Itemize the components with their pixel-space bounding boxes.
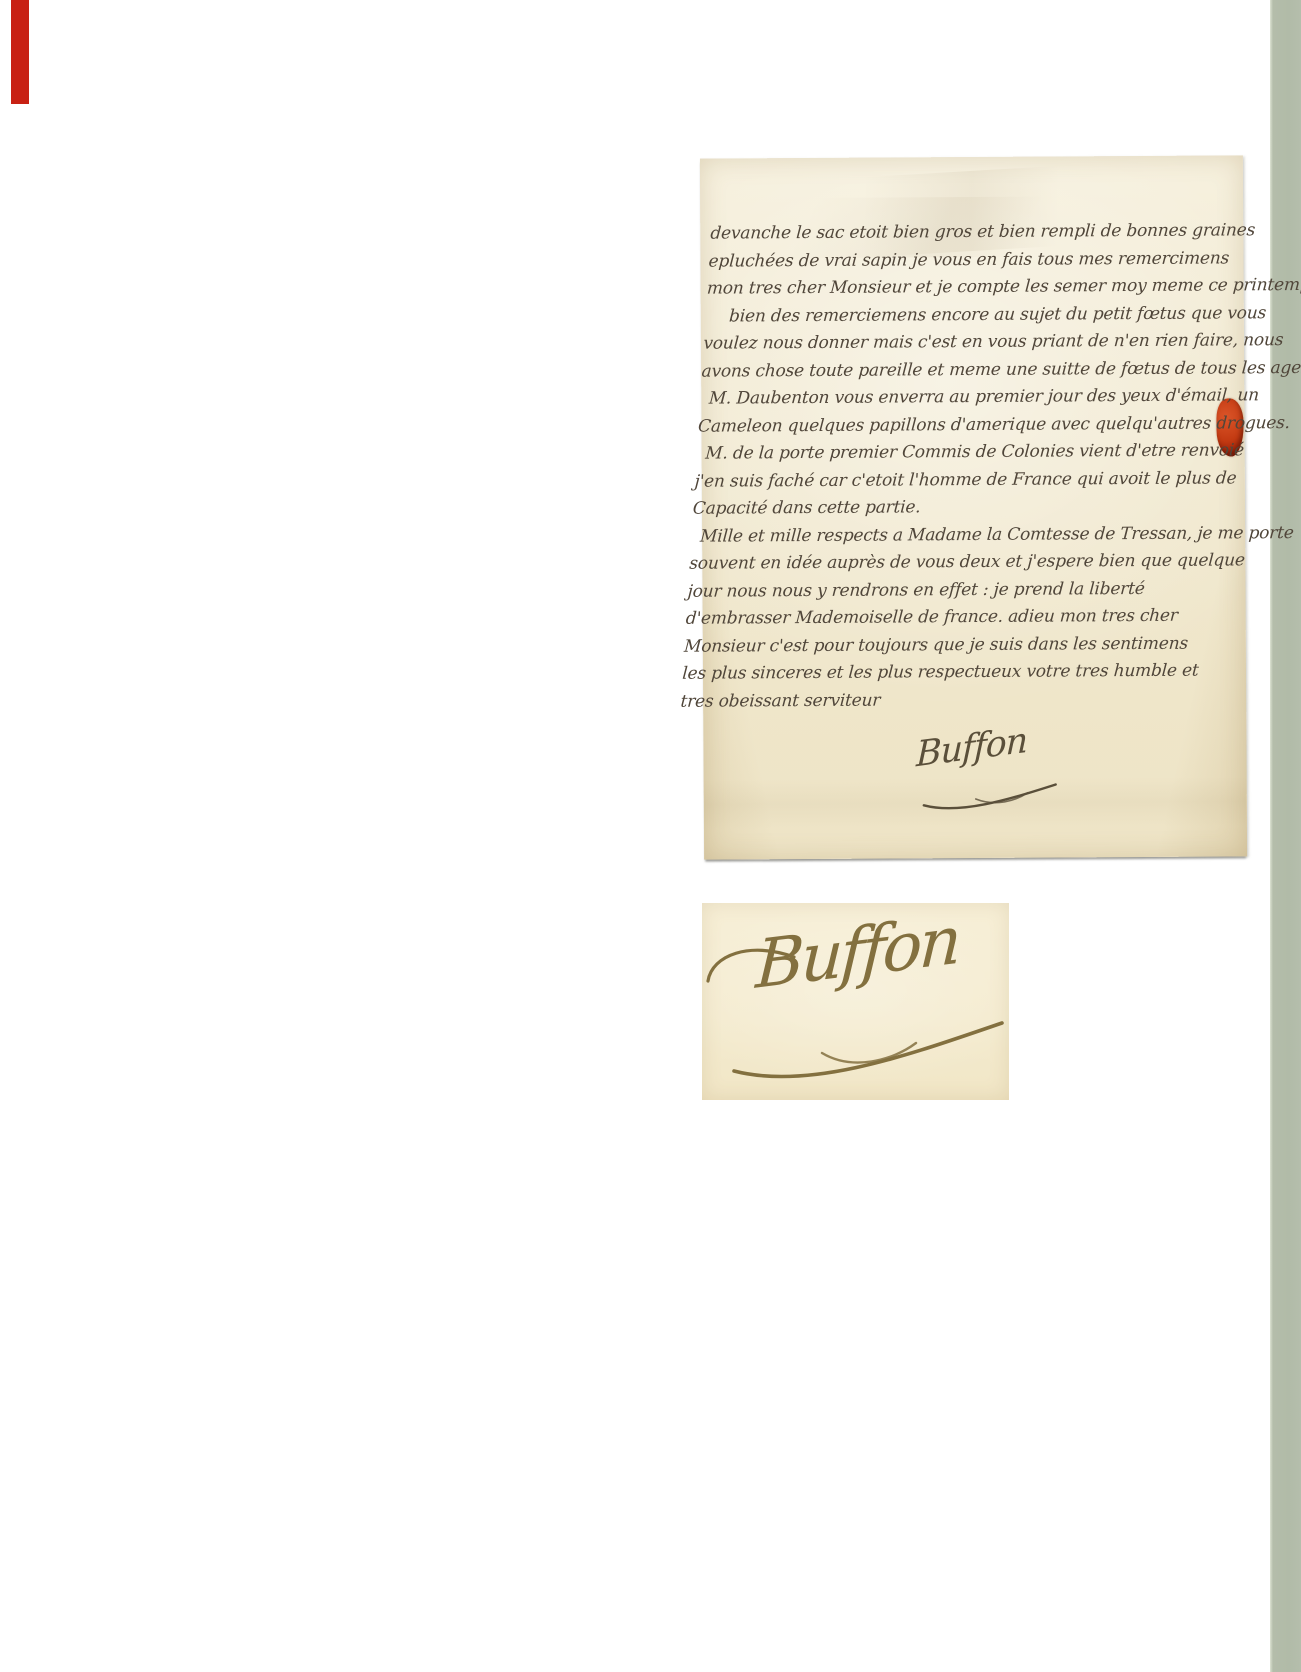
manuscript-line: les plus sinceres et les plus respectueu… (681, 658, 1210, 689)
manuscript-line: epluchées de vrai sapin je vous en fais … (708, 245, 1237, 276)
manuscript-line: M. Daubenton vous enverra au premier jou… (699, 382, 1228, 413)
signature-detail-photo: Buffon (702, 903, 1009, 1100)
catalog-page: devanche le sac etoit bien gros et bien … (0, 0, 1301, 1672)
manuscript-line: mon tres cher Monsieur et je compte les … (706, 272, 1235, 303)
manuscript-line: avons chose toute pareille et meme une s… (701, 355, 1230, 386)
manuscript-line: jour nous nous y rendrons en effet : je … (687, 575, 1216, 606)
signature-underline-flourish (916, 768, 1086, 815)
manuscript-line: devanche le sac etoit bien gros et bien … (709, 217, 1238, 248)
letter-photo: devanche le sac etoit bien gros et bien … (700, 155, 1247, 859)
manuscript-line: voulez nous donner mais c'est en vous pr… (702, 327, 1231, 358)
manuscript-text: devanche le sac etoit bien gros et bien … (680, 217, 1239, 715)
manuscript-line: Monsieur c'est pour toujours que je suis… (683, 630, 1212, 661)
letter-signature-text: Buffon (916, 712, 1096, 776)
manuscript-line: j'en suis faché car c'etoit l'homme de F… (694, 465, 1223, 496)
manuscript-line: Capacité dans cette partie. (692, 492, 1221, 523)
manuscript-line: d'embrasser Mademoiselle de france. adie… (685, 603, 1214, 634)
manuscript-line: Mille et mille respects a Madame la Comt… (690, 520, 1219, 551)
manuscript-line: Cameleon quelques papillons d'amerique a… (697, 410, 1226, 441)
manuscript-line: bien des remerciemens encore au sujet du… (704, 300, 1233, 331)
manuscript-line: tres obeissant serviteur (680, 685, 1209, 716)
green-edge-band (1270, 0, 1301, 1672)
manuscript-line: M. de la porte premier Commis de Colonie… (695, 437, 1224, 468)
red-color-bar (11, 0, 29, 104)
manuscript-line: souvent en idée auprès de vous deux et j… (688, 548, 1217, 579)
letter-signature: Buffon (915, 734, 1095, 815)
